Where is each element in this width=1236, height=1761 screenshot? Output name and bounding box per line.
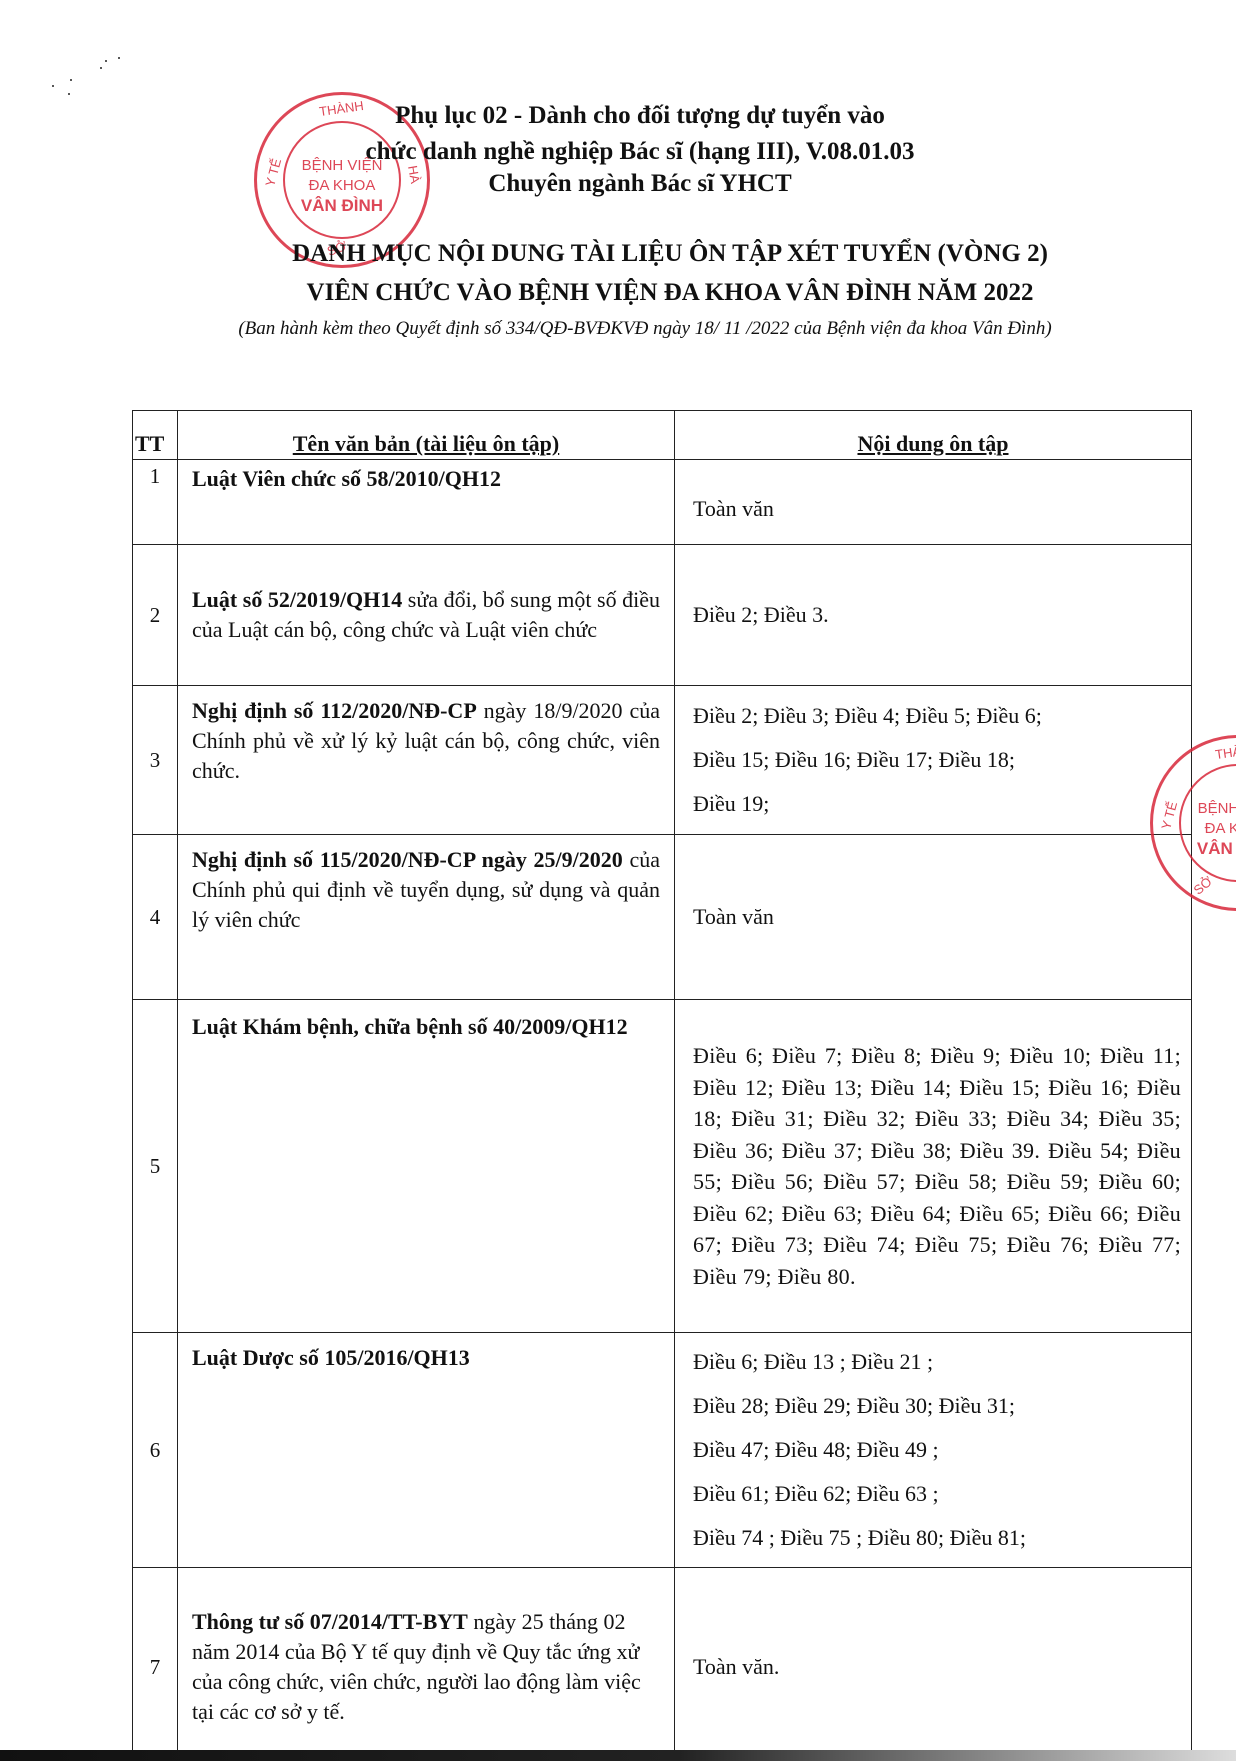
stamp-line3: VÂN ĐÌNH [257,196,427,216]
review-content: Điều 6; Điều 7; Điều 8; Điều 9; Điều 10;… [675,1000,1192,1333]
review-content-line: Điều 6; Điều 13 ; Điều 21 ; [693,1340,1181,1384]
table-row: 3 Nghị định số 112/2020/NĐ-CP ngày 18/9/… [133,686,1192,835]
document-name: Luật Khám bệnh, chữa bệnh số 40/2009/QH1… [178,1000,675,1333]
appendix-line-2: chức danh nghề nghiệp Bác sĩ (hạng III),… [140,138,1140,166]
appendix-line-3: Chuyên ngành Bác sĩ YHCT [140,170,1140,198]
document-name: Luật Viên chức số 58/2010/QH12 [178,460,675,545]
document-name: Nghị định số 115/2020/NĐ-CP ngày 25/9/20… [178,835,675,1000]
table-row: 7 Thông tư số 07/2014/TT-BYT ngày 25 thá… [133,1568,1192,1761]
document-title-line-2: VIÊN CHỨC VÀO BỆNH VIỆN ĐA KHOA VÂN ĐÌNH… [110,279,1230,307]
table-row: 5 Luật Khám bệnh, chữa bệnh số 40/2009/Q… [133,1000,1192,1333]
header-document-name: Tên văn bản (tài liệu ôn tập) [178,411,675,460]
document-name-bold: Nghị định số 115/2020/NĐ-CP ngày 25/9/20… [192,847,623,872]
header-review-content: Nội dung ôn tập [675,411,1192,460]
document-name-bold: Thông tư số 07/2014/TT-BYT [192,1609,468,1634]
document-name: Luật Dược số 105/2016/QH13 [178,1333,675,1568]
document-name-bold: Nghị định số 112/2020/NĐ-CP [192,698,477,723]
review-content-line: Điều 74 ; Điều 75 ; Điều 80; Điều 81; [693,1516,1181,1560]
document-title-line-1: DANH MỤC NỘI DUNG TÀI LIỆU ÔN TẬP XÉT TU… [110,240,1230,268]
document-name-bold: Luật Dược số 105/2016/QH13 [192,1345,470,1370]
document-name: Luật số 52/2019/QH14 sửa đổi, bổ sung mộ… [178,545,675,686]
row-number: 5 [133,1000,178,1333]
review-content-line: Điều 61; Điều 62; Điều 63 ; [693,1472,1181,1516]
scan-edge-shadow [0,1750,1236,1761]
review-materials-table: TT Tên văn bản (tài liệu ôn tập) Nội dun… [132,410,1192,1761]
stamp-line3: VÂN ĐÌNH [1153,839,1236,859]
review-content: Điều 6; Điều 13 ; Điều 21 ; Điều 28; Điề… [675,1333,1192,1568]
review-content: Toàn văn [675,835,1192,1000]
row-number: 1 [133,460,178,545]
row-number: 7 [133,1568,178,1761]
document-name-bold: Luật số 52/2019/QH14 [192,587,402,612]
document-subtitle: (Ban hành kèm theo Quyết định số 334/QĐ-… [140,318,1150,340]
document-page: THÀNH Y TẾ HÀ SỞ BỆNH VIỆN ĐA KHOA VÂN Đ… [0,0,1236,1761]
table-row: 6 Luật Dược số 105/2016/QH13 Điều 6; Điề… [133,1333,1192,1568]
stamp-top-arc: THÀNH [1214,741,1236,762]
review-content-line: Điều 2; Điều 3; Điều 4; Điều 5; Điều 6; [693,694,1181,738]
review-content-line: Điều 19; [693,782,1181,826]
row-number: 2 [133,545,178,686]
row-number: 3 [133,686,178,835]
document-name-bold: Luật Viên chức số 58/2010/QH12 [192,466,501,491]
review-content: Toàn văn [675,460,1192,545]
table-row: 2 Luật số 52/2019/QH14 sửa đổi, bổ sung … [133,545,1192,686]
review-content: Điều 2; Điều 3; Điều 4; Điều 5; Điều 6; … [675,686,1192,835]
review-content-line: Điều 28; Điều 29; Điều 30; Điều 31; [693,1384,1181,1428]
appendix-line-1: Phụ lục 02 - Dành cho đối tượng dự tuyển… [140,102,1140,130]
stamp-line1: BỆNH VIỆN [1153,800,1236,817]
header-tt: TT [133,411,178,460]
document-name-bold: Luật Khám bệnh, chữa bệnh số 40/2009/QH1… [192,1014,628,1039]
stamp-line2: ĐA KHOA [1153,820,1236,837]
table-header-row: TT Tên văn bản (tài liệu ôn tập) Nội dun… [133,411,1192,460]
scan-specks [50,55,120,105]
review-content: Toàn văn. [675,1568,1192,1761]
stamp-bottom-arc: SỞ [1190,873,1215,897]
row-number: 6 [133,1333,178,1568]
table-row: 4 Nghị định số 115/2020/NĐ-CP ngày 25/9/… [133,835,1192,1000]
document-name: Thông tư số 07/2014/TT-BYT ngày 25 tháng… [178,1568,675,1761]
document-name: Nghị định số 112/2020/NĐ-CP ngày 18/9/20… [178,686,675,835]
review-content: Điều 2; Điều 3. [675,545,1192,686]
table-row: 1 Luật Viên chức số 58/2010/QH12 Toàn vă… [133,460,1192,545]
row-number: 4 [133,835,178,1000]
review-content-line: Điều 15; Điều 16; Điều 17; Điều 18; [693,738,1181,782]
review-content-line: Điều 47; Điều 48; Điều 49 ; [693,1428,1181,1472]
